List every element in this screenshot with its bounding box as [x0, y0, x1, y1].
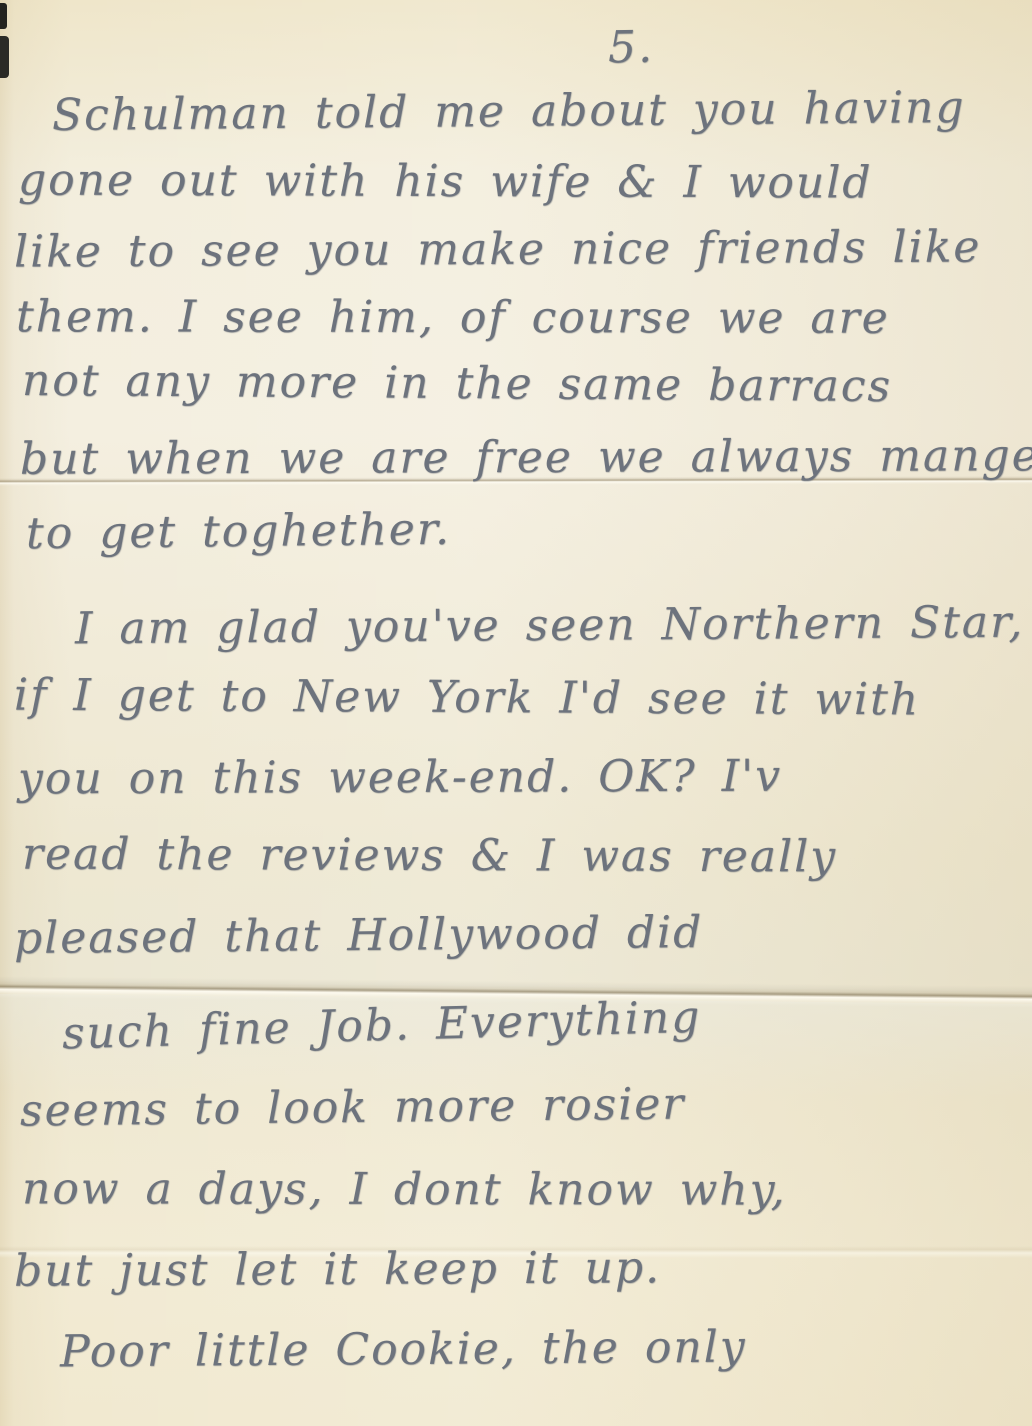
letter-line: pleased that Hollywood did	[14, 907, 704, 964]
letter-line: not any more in the same barracs	[22, 355, 892, 412]
letter-line: read the reviews & I was really	[22, 829, 837, 883]
letter-line: seems to look more rosier	[20, 1079, 686, 1137]
letter-line: them. I see him, of course we are	[16, 291, 890, 344]
letter-line: to get toghether.	[26, 504, 452, 559]
scan-edge-mark	[0, 3, 7, 29]
letter-line: like to see you make nice friends like	[14, 221, 982, 277]
letter-line: gone out with his wife & I would	[18, 155, 873, 209]
letter-line: now a days, I dont know why,	[22, 1163, 787, 1215]
scan-edge-mark	[0, 36, 9, 78]
page-number: 5.	[608, 22, 655, 74]
letter-line: but when we are free we always mange	[20, 430, 1032, 485]
letter-page: 5. Schulman told me about you having gon…	[0, 0, 1032, 1426]
letter-line: Schulman told me about you having	[52, 82, 966, 141]
letter-line: but just let it keep it up.	[14, 1242, 661, 1296]
letter-line: such fine Job. Everything	[61, 992, 701, 1060]
letter-line: Poor little Cookie, the only	[60, 1322, 747, 1378]
letter-line: I am glad you've seen Northern Star,	[75, 597, 1025, 655]
letter-line: if I get to New York I'd see it with	[14, 670, 920, 726]
letter-line: you on this week-end. OK? I'v	[18, 751, 782, 805]
